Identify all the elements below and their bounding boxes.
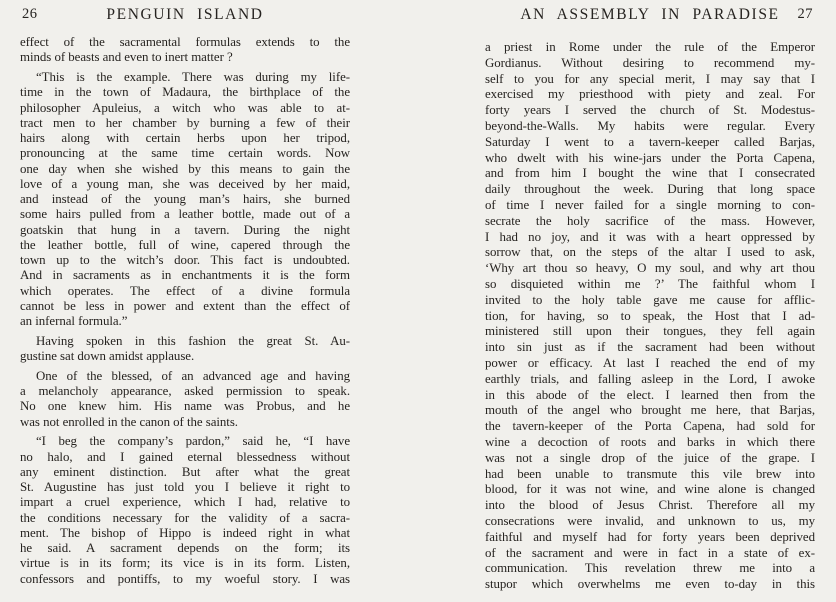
- text-line: daily throughout the week. During that l…: [485, 182, 815, 198]
- text-line: faithful and myself had for forty years …: [485, 530, 815, 546]
- text-line: communication. This revelation threw me …: [485, 561, 815, 577]
- text-line: tion, for having, so to speak, the Host …: [485, 309, 815, 325]
- running-head-left: PENGUIN ISLAND: [20, 6, 350, 24]
- text-line: love of a young man, she was deceived by…: [20, 177, 350, 192]
- text-line: “I beg the company’s pardon,” said he, “…: [20, 434, 350, 449]
- text-line: One of the blessed, of an advanced age a…: [20, 369, 350, 384]
- text-line: pronouncing at the same time certain wor…: [20, 146, 350, 161]
- text-line: Saturday I went to a tavern-keeper calle…: [485, 135, 815, 151]
- paragraph: a priest in Rome under the rule of the E…: [485, 40, 815, 593]
- text-line: time in the town of Madaura, the birthpl…: [20, 85, 350, 100]
- text-line: the leather bottle, full of wine, capere…: [20, 238, 350, 253]
- text-line: cannot be less in power and extent than …: [20, 299, 350, 314]
- text-line: of time I never failed for a single morn…: [485, 198, 815, 214]
- text-line: No one knew him. His name was Probus, an…: [20, 399, 350, 414]
- text-line: earthly trials, and falling asleep in th…: [485, 372, 815, 388]
- text-line: was not enrolled in the canon of the sai…: [20, 415, 350, 430]
- text-line: self to you for any special merit, I may…: [485, 72, 815, 88]
- text-line: goatskin that hung in a tavern. During t…: [20, 223, 350, 238]
- text-line: tract men to her chamber by burning a fe…: [20, 116, 350, 131]
- text-line: confessors and pontiffs, to my woeful st…: [20, 572, 350, 587]
- text-line: I had no joy, and it was with a heart op…: [485, 230, 815, 246]
- text-line: mouth of the angel who brought me here, …: [485, 403, 815, 419]
- text-line: had been unable to transmute this vile b…: [485, 467, 815, 483]
- text-line: forty years I served the church of St. M…: [485, 103, 815, 119]
- text-line: secrate the holy sacrifice of the mass. …: [485, 214, 815, 230]
- text-line: no halo, and I gained eternal blessednes…: [20, 450, 350, 465]
- paragraph: effect of the sacramental formulas exten…: [20, 35, 350, 66]
- text-line: which operates. The effect of a divine f…: [20, 284, 350, 299]
- text-line: St. Augustine has just told you I believ…: [20, 480, 350, 495]
- page-body-left: effect of the sacramental formulas exten…: [20, 35, 350, 587]
- page-number-left: 26: [22, 6, 38, 23]
- left-page: 26 PENGUIN ISLAND effect of the sacramen…: [0, 0, 418, 602]
- page-header-right: AN ASSEMBLY IN PARADISE 27: [485, 6, 815, 24]
- page-number-right: 27: [798, 6, 814, 23]
- text-line: impart a cruel experience, which I had, …: [20, 495, 350, 510]
- page-body-right: a priest in Rome under the rule of the E…: [485, 40, 815, 593]
- text-line: a melancholy appearance, asked permissio…: [20, 384, 350, 399]
- text-line: exercised my priesthood with piety and z…: [485, 87, 815, 103]
- text-line: the tavern-keeper of the Porta Capena, h…: [485, 419, 815, 435]
- text-line: wine a decoction of roots and barks in w…: [485, 435, 815, 451]
- text-line: power or efficacy. At last I reached the…: [485, 356, 815, 372]
- text-line: any eminent distinction. But after what …: [20, 465, 350, 480]
- text-line: ministered still upon their tongues, the…: [485, 324, 815, 340]
- paragraph: “This is the example. There was during m…: [20, 70, 350, 329]
- text-line: an infernal formula.”: [20, 314, 350, 329]
- text-line: invited to the holy table gave me cause …: [485, 293, 815, 309]
- text-line: ‘Why art thou so heavy, O my soul, and w…: [485, 261, 815, 277]
- text-line: town up to the witch’s door. This fact i…: [20, 253, 350, 268]
- text-line: Gordianus. Without desiring to recommend…: [485, 56, 815, 72]
- text-line: Having spoken in this fashion the great …: [20, 334, 350, 349]
- text-line: the conditions necessary for the validit…: [20, 511, 350, 526]
- text-line: sorrow that, on the steps of the altar I…: [485, 245, 815, 261]
- text-line: blood, for it was not wine, and wine alo…: [485, 482, 815, 498]
- text-line: minds of beasts and even to inert matter…: [20, 50, 350, 65]
- text-line: so disquieted within me ?’ The faithful …: [485, 277, 815, 293]
- text-line: in this abode of the elect. I learned th…: [485, 388, 815, 404]
- text-line: into the blood of Jesus Christ. Therefor…: [485, 498, 815, 514]
- text-line: one day when she wished by this means to…: [20, 162, 350, 177]
- text-line: hairs along with certain herbs upon her …: [20, 131, 350, 146]
- text-line: and from him I bought the wine that I co…: [485, 166, 815, 182]
- text-line: philosopher Apuleius, a witch who was ab…: [20, 101, 350, 116]
- text-line: And in sacraments as in enchantments it …: [20, 268, 350, 283]
- text-line: beyond-the-Walls. My habits were regular…: [485, 119, 815, 135]
- text-line: virtue is in its form; its vice is in it…: [20, 556, 350, 571]
- text-line: “This is the example. There was during m…: [20, 70, 350, 85]
- text-line: was not a single drop of the juice of th…: [485, 451, 815, 467]
- text-line: ment. The bishop of Hippo is indeed righ…: [20, 526, 350, 541]
- text-line: effect of the sacramental formulas exten…: [20, 35, 350, 50]
- text-line: and instead of the young man’s hairs, sh…: [20, 192, 350, 207]
- text-line: stupor which overwhelms me even to-day i…: [485, 577, 815, 593]
- paragraph: One of the blessed, of an advanced age a…: [20, 369, 350, 430]
- paragraph: “I beg the company’s pardon,” said he, “…: [20, 434, 350, 587]
- text-line: who dwelt with his wine-jars under the P…: [485, 151, 815, 167]
- text-line: of the sacrament and were in fact in a s…: [485, 546, 815, 562]
- running-head-right: AN ASSEMBLY IN PARADISE: [485, 6, 815, 24]
- text-line: some hairs pulled from a leather bottle,…: [20, 207, 350, 222]
- page-header-left: 26 PENGUIN ISLAND: [20, 6, 350, 24]
- book-spread: 26 PENGUIN ISLAND effect of the sacramen…: [0, 0, 836, 602]
- text-line: into sin just as if the sacrament had be…: [485, 340, 815, 356]
- text-line: he said. A sacrament depends on the form…: [20, 541, 350, 556]
- text-line: gustine sat down amidst applause.: [20, 349, 350, 364]
- right-page: AN ASSEMBLY IN PARADISE 27 a priest in R…: [418, 0, 836, 602]
- text-line: a priest in Rome under the rule of the E…: [485, 40, 815, 56]
- text-line: consecrations were invalid, and unknown …: [485, 514, 815, 530]
- paragraph: Having spoken in this fashion the great …: [20, 334, 350, 365]
